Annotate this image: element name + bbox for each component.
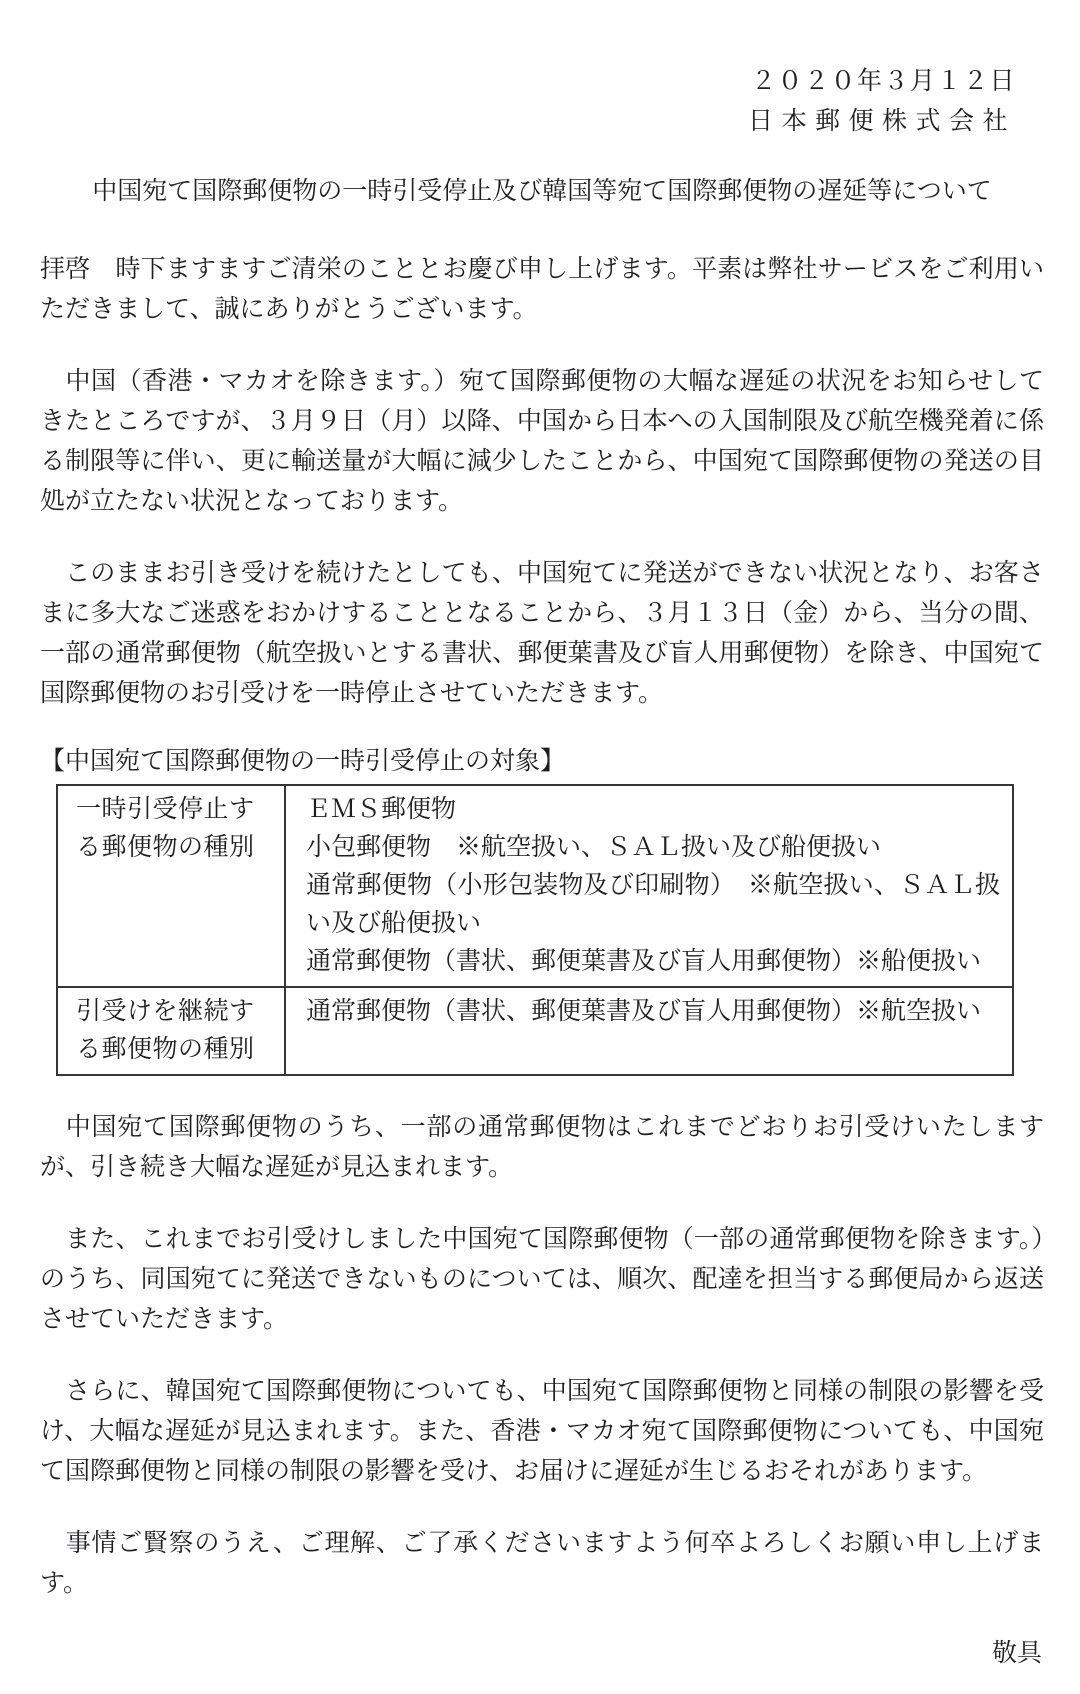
paragraph-greeting: 拝啓 時下ますますご清栄のこととお慶び申し上げます。平素は弊社サービスをご利用い… [40,250,1044,330]
paragraph-request: 事情ご賢察のうえ、ご理解、ご了承くださいますよう何卒よろしくお願い申し上げます。 [40,1524,1044,1604]
paragraph-delay-status: 中国（香港・マカオを除きます。）宛て国際郵便物の大幅な遅延の状況をお知らせしてき… [40,362,1044,522]
document-title: 中国宛て国際郵便物の一時引受停止及び韓国等宛て国際郵便物の遅延等について [40,172,1044,212]
document-date: ２０２０年３月１２日 [40,62,1016,102]
suspended-mail-type-label: 一時引受停止する郵便物の種別 [57,785,285,987]
table-row-suspended: 一時引受停止する郵便物の種別 ＥＭＳ郵便物 小包郵便物 ※航空扱い、ＳＡＬ扱い及… [57,785,1013,987]
table-row-continued: 引受けを継続する郵便物の種別 通常郵便物（書状、郵便葉書及び盲人用郵便物）※航空… [57,987,1013,1075]
paragraph-return-policy: また、これまでお引受けしました中国宛て国際郵便物（一部の通常郵便物を除きます。）… [40,1220,1044,1340]
continued-mail-type-content: 通常郵便物（書状、郵便葉書及び盲人用郵便物）※航空扱い [285,987,1013,1075]
company-name: 日本郵便株式会社 [40,102,1016,142]
paragraph-continue-note: 中国宛て国際郵便物のうち、一部の通常郵便物はこれまでどおりお引受けいたしますが、… [40,1108,1044,1188]
paragraph-suspension-notice: このままお引き受けを続けたとしても、中国宛てに発送ができない状況となり、お客さま… [40,554,1044,714]
suspension-table: 一時引受停止する郵便物の種別 ＥＭＳ郵便物 小包郵便物 ※航空扱い、ＳＡＬ扱い及… [56,784,1014,1076]
document-page: ２０２０年３月１２日 日本郵便株式会社 中国宛て国際郵便物の一時引受停止及び韓国… [0,0,1080,1694]
table-heading: 【中国宛て国際郵便物の一時引受停止の対象】 [40,742,1044,782]
suspended-mail-type-content: ＥＭＳ郵便物 小包郵便物 ※航空扱い、ＳＡＬ扱い及び船便扱い 通常郵便物（小形包… [285,785,1013,987]
continued-mail-type-label: 引受けを継続する郵便物の種別 [57,987,285,1075]
paragraph-korea-delay: さらに、韓国宛て国際郵便物についても、中国宛て国際郵便物と同様の制限の影響を受け… [40,1372,1044,1492]
closing-keigu: 敬具 [40,1634,1044,1674]
document-header: ２０２０年３月１２日 日本郵便株式会社 [40,62,1044,142]
